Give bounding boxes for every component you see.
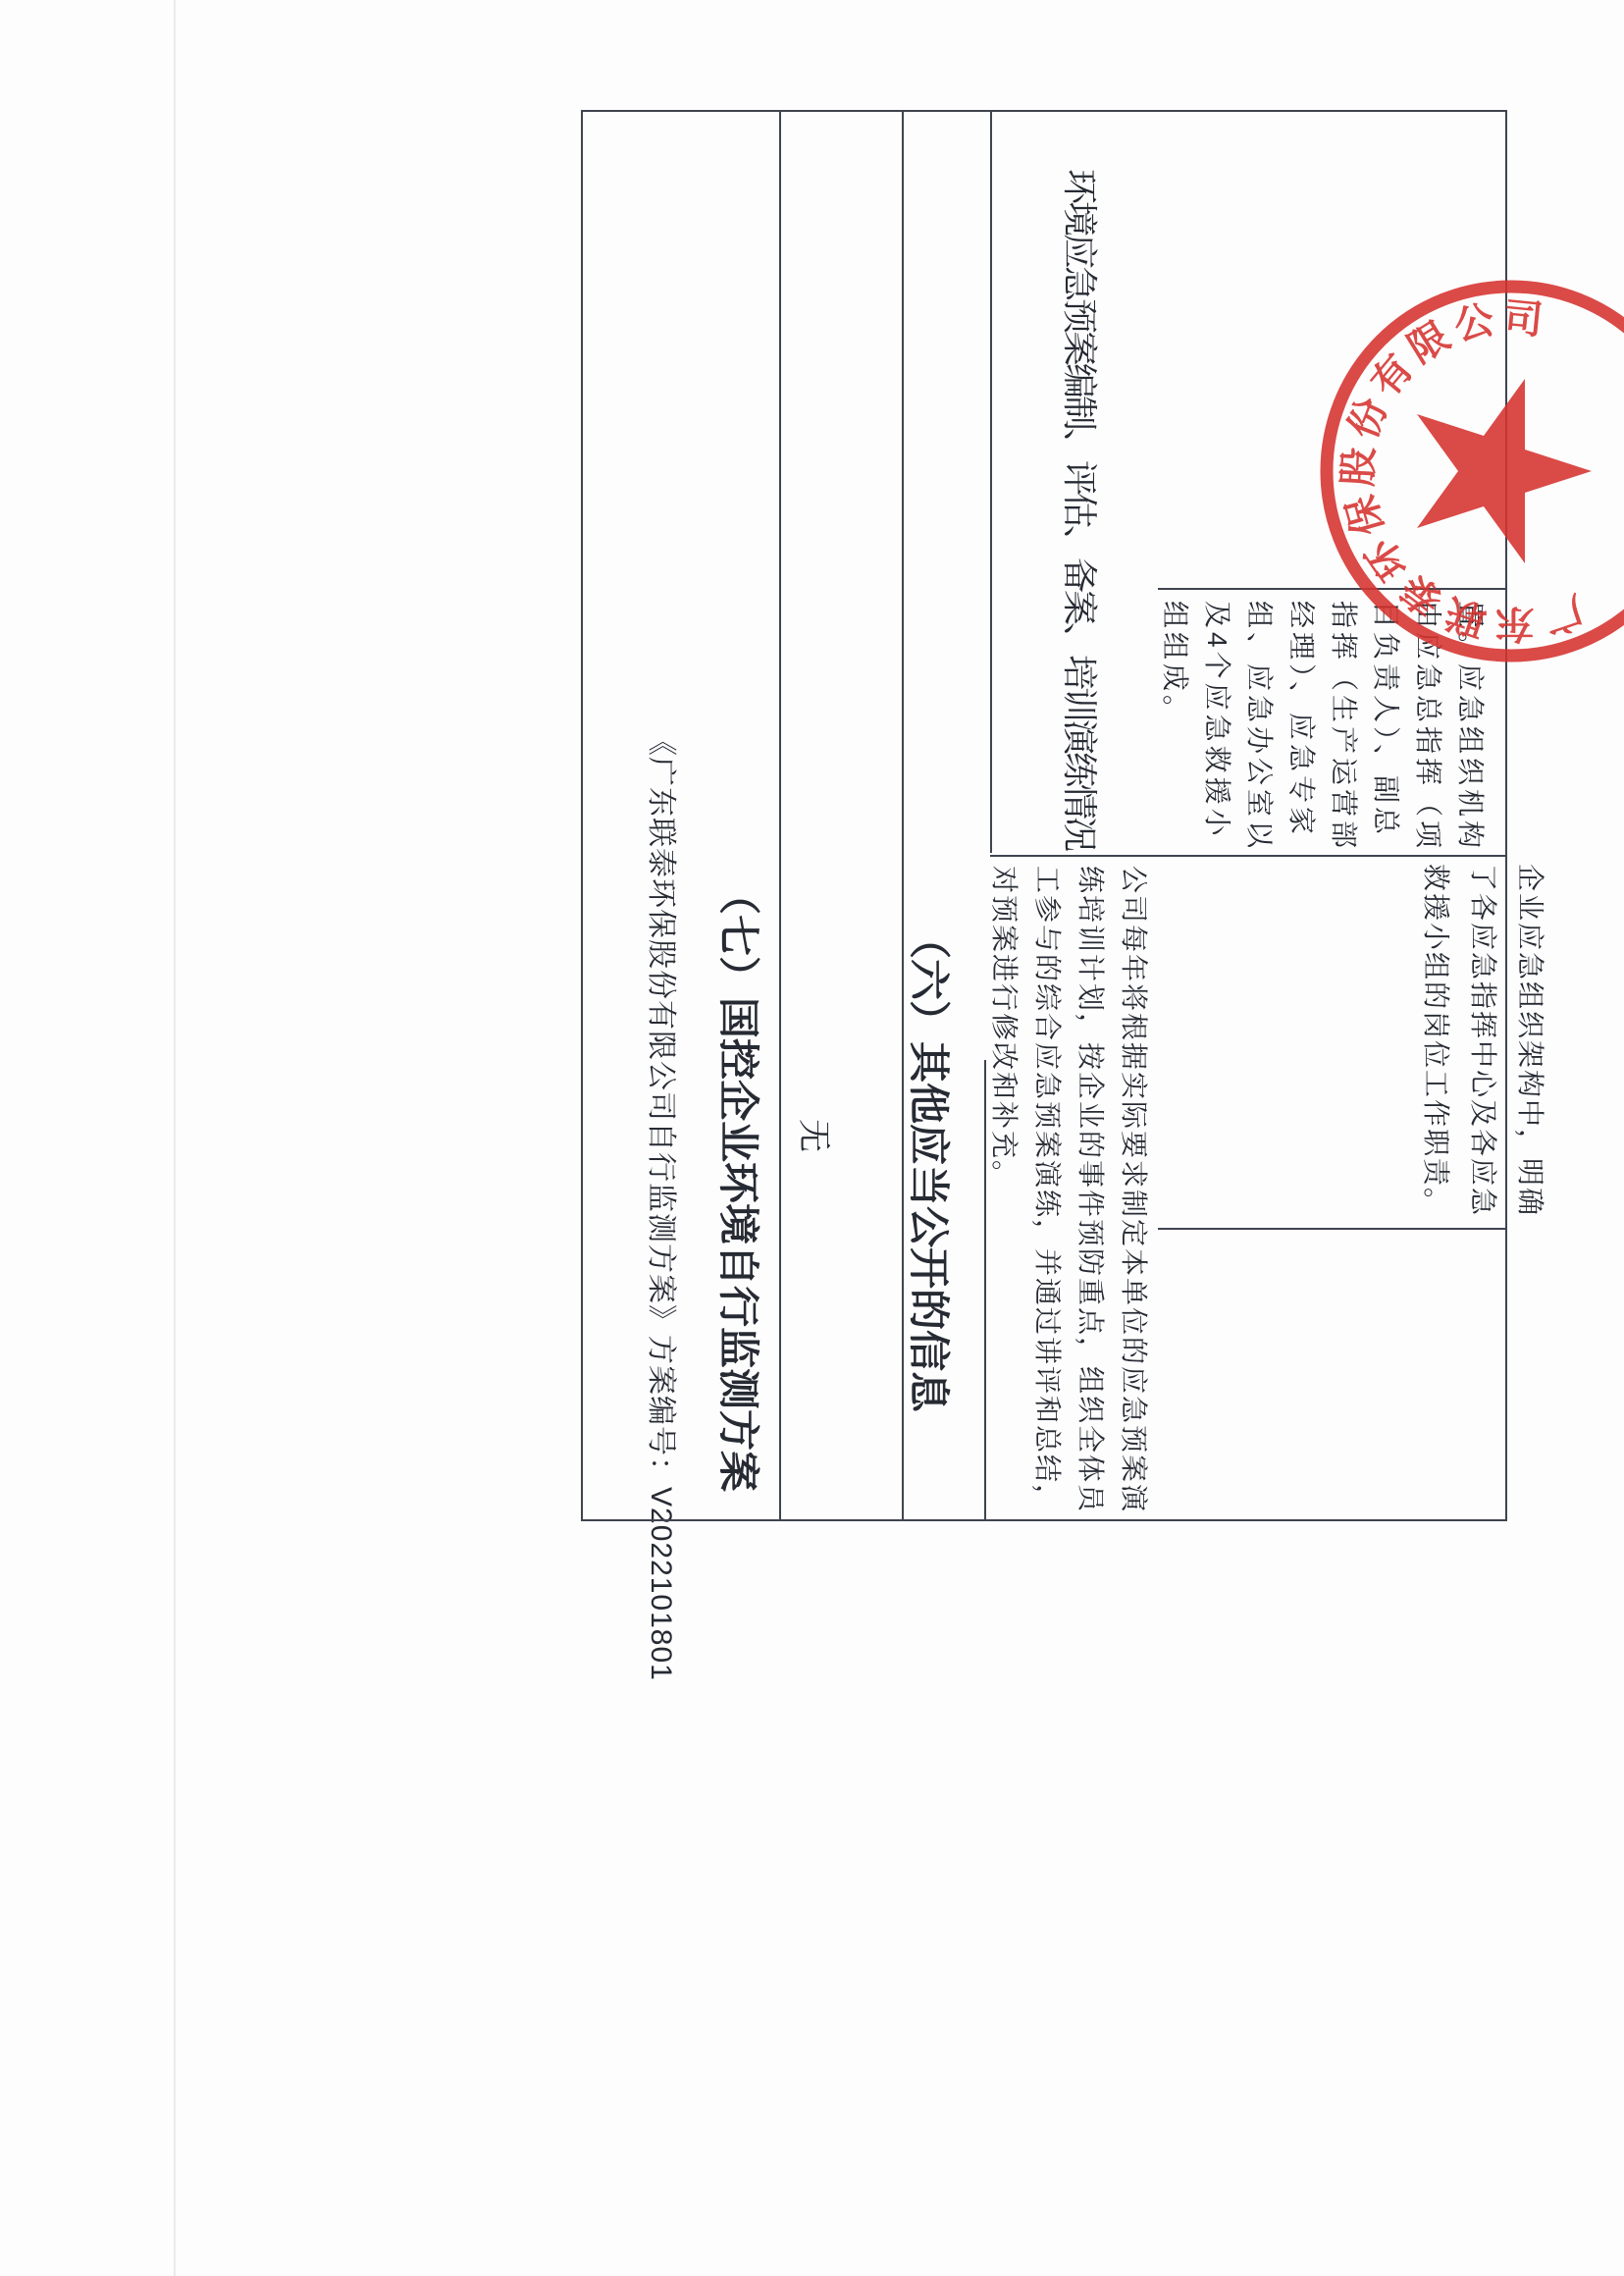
org-structure-line: 及4个应急救援小 bbox=[1199, 601, 1238, 840]
section7-subtitle: 《广东联泰环保股份有限公司自行监测方案》方案编号：V2022101801 bbox=[643, 726, 686, 1681]
drill-content-line: 对预案进行修改和补充。 bbox=[986, 866, 1025, 1190]
column-line bbox=[990, 855, 1507, 857]
row1-intro-line: 救援小组的岗位工作职责。 bbox=[1418, 864, 1457, 1217]
row-line bbox=[990, 110, 992, 853]
section7-title: （七）国控企业环境自行监测方案 bbox=[711, 873, 770, 1492]
drill-content-line: 工参与的综合应急预案演练，并通过讲评和总结， bbox=[1029, 866, 1069, 1513]
row-line bbox=[902, 110, 904, 1520]
column-line bbox=[1158, 1228, 1507, 1230]
star-icon bbox=[1417, 379, 1592, 563]
table-bottom-border bbox=[581, 110, 583, 1520]
table-right-border bbox=[581, 1519, 1507, 1521]
table-left-border bbox=[581, 110, 1507, 112]
org-structure-line: 组组成。 bbox=[1157, 601, 1196, 726]
org-structure-line: 组、应急办公室以 bbox=[1241, 601, 1281, 852]
scan-edge-line bbox=[174, 0, 176, 2276]
drill-content-line: 练培训计划，按企业的事件预防重点，组织全体员 bbox=[1073, 866, 1112, 1513]
row-line bbox=[984, 1060, 986, 1520]
row1-intro-line: 企业应急组织架构中，明确 bbox=[1512, 864, 1551, 1217]
drill-content-line: 公司每年将根据实际要求制定本单位的应急预案演 bbox=[1116, 866, 1155, 1513]
row-line bbox=[779, 110, 781, 1520]
company-seal: 广东联泰环保股份有限公司 bbox=[1305, 265, 1624, 677]
scanned-page: 企业应急组织架构中，明确 了各应急指挥中心及各应急 救援小组的岗位工作职责。 置… bbox=[0, 0, 1624, 2276]
section6-content: 无 bbox=[793, 1119, 841, 1152]
landscape-sheet: 企业应急组织架构中，明确 了各应急指挥中心及各应急 救援小组的岗位工作职责。 置… bbox=[0, 0, 1624, 2276]
drill-row-label: 环境应急预案编制、评估、备案、培训演练情况 bbox=[1057, 169, 1107, 849]
section6-title: （六）其他应当公开的信息 bbox=[902, 918, 961, 1412]
row1-intro-line: 了各应急指挥中心及各应急 bbox=[1465, 864, 1504, 1217]
